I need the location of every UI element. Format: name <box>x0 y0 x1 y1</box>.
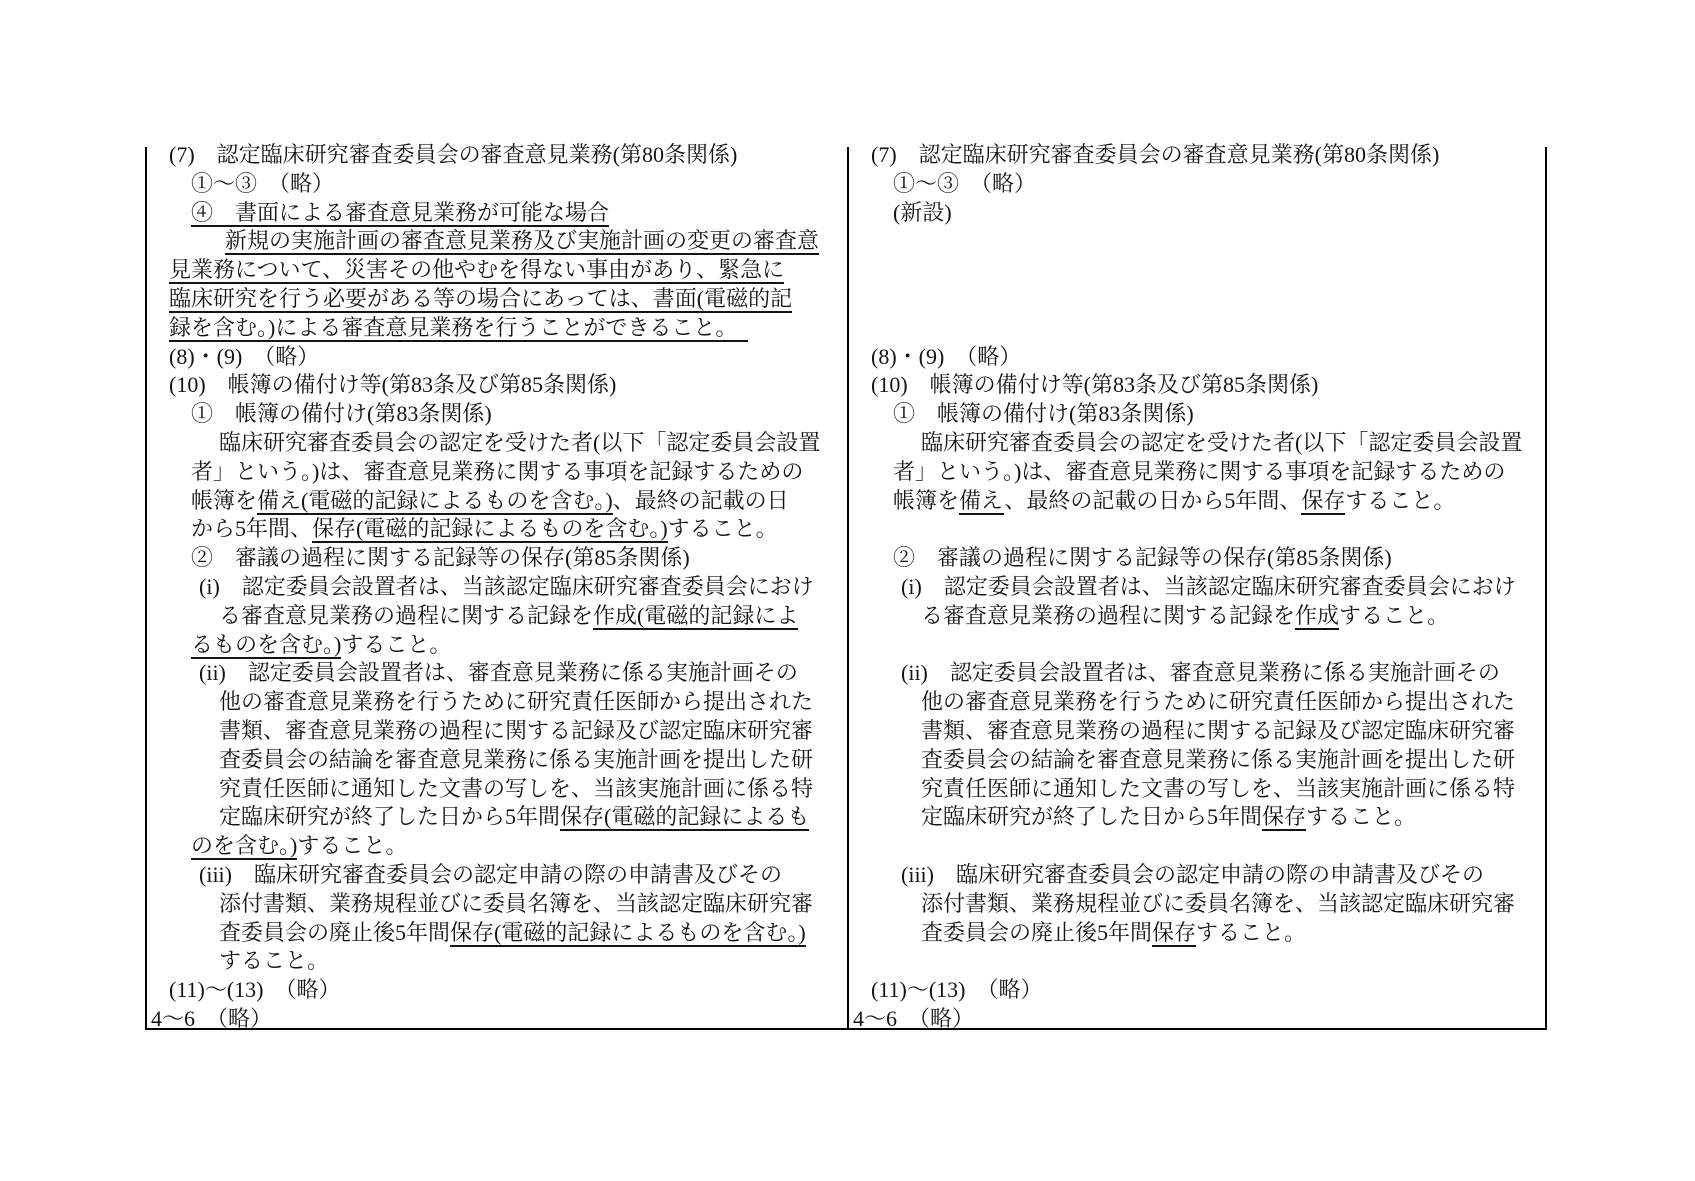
text-line <box>849 515 1545 544</box>
text-run: 査委員会の廃止後5年間 <box>921 920 1152 945</box>
text-run: 臨床研究審査委員会の認定を受けた者(以下「認定委員会設置 <box>219 430 820 455</box>
text-line: 書類、審査意見業務の過程に関する記録及び認定臨床研究審 <box>147 717 847 746</box>
text-line: 4～6 （略） <box>849 1005 1545 1034</box>
underlined-text: 保存 <box>1301 488 1345 515</box>
text-run: る審査意見業務の過程に関する記録を <box>921 603 1295 628</box>
text-run: 、最終の記載の日 <box>613 488 789 513</box>
text-line: ④ 書面による審査意見業務が可能な場合 <box>147 199 847 228</box>
text-run: ② 審議の過程に関する記録等の保存(第85条関係) <box>893 545 1392 570</box>
underlined-text: 作成(電磁的記録によ <box>593 603 798 630</box>
text-run: 4～6 （略） <box>151 1006 272 1031</box>
text-line <box>849 285 1545 314</box>
text-run: すること。 <box>1345 488 1455 513</box>
text-run: (8)・(9) （略） <box>871 344 1021 369</box>
text-run: (11)～(13) （略） <box>871 977 1043 1002</box>
underlined-text: 保存 <box>1152 920 1196 947</box>
text-line: る審査意見業務の過程に関する記録を作成すること。 <box>849 602 1545 631</box>
text-run: すること。 <box>1339 603 1449 628</box>
underlined-text: 保存(電磁的記録によるものを含む。) <box>450 920 806 947</box>
text-run: 者」という。)は、審査意見業務に関する事項を記録するための <box>893 459 1505 484</box>
text-line <box>849 947 1545 976</box>
text-line: (7) 認定臨床研究審査委員会の審査意見業務(第80条関係) <box>147 141 847 170</box>
text-line: 帳簿を備え(電磁的記録によるものを含む。)、最終の記載の日 <box>147 487 847 516</box>
text-line: ② 審議の過程に関する記録等の保存(第85条関係) <box>849 544 1545 573</box>
text-run: 査委員会の結論を審査意見業務に係る実施計画を提出した研 <box>219 747 813 772</box>
text-run: すること。 <box>297 833 407 858</box>
text-run: 、最終の記載の日から5年間、 <box>1004 488 1301 513</box>
text-line: るものを含む。)すること。 <box>147 631 847 660</box>
left-column-text: (7) 認定臨床研究審査委員会の審査意見業務(第80条関係)①～③ （略）④ 書… <box>147 141 847 1034</box>
text-line: 臨床研究審査委員会の認定を受けた者(以下「認定委員会設置 <box>849 429 1545 458</box>
text-line: 新規の実施計画の審査意見業務及び実施計画の変更の審査意 <box>147 227 847 256</box>
text-line <box>849 256 1545 285</box>
text-run: すること。 <box>219 948 329 973</box>
text-line: 定臨床研究が終了した日から5年間保存すること。 <box>849 803 1545 832</box>
underlined-text: ④ 書面による審査意見業務が可能な場合 <box>191 200 609 227</box>
text-run: すること。 <box>1306 804 1416 829</box>
text-run: 定臨床研究が終了した日から5年間 <box>219 804 560 829</box>
text-line: (8)・(9) （略） <box>147 343 847 372</box>
underlined-text: るものを含む。) <box>191 632 341 659</box>
text-run: (10) 帳簿の備付け等(第83条及び第85条関係) <box>169 372 616 397</box>
text-run: 究責任医師に通知した文書の写しを、当該実施計画に係る特 <box>219 776 813 801</box>
text-line: (新設) <box>849 199 1545 228</box>
text-line: (iii) 臨床研究審査委員会の認定申請の際の申請書及びその <box>849 861 1545 890</box>
text-line: 見業務について、災害その他やむを得ない事由があり、緊急に <box>147 256 847 285</box>
underlined-text: 新規の実施計画の審査意見業務及び実施計画の変更の審査意 <box>225 228 819 255</box>
text-line: (iii) 臨床研究審査委員会の認定申請の際の申請書及びその <box>147 861 847 890</box>
text-run: 書類、審査意見業務の過程に関する記録及び認定臨床研究審 <box>921 718 1515 743</box>
text-run: 他の審査意見業務を行うために研究責任医師から提出された <box>219 689 813 714</box>
text-line: から5年間、保存(電磁的記録によるものを含む。)すること。 <box>147 515 847 544</box>
text-run: 査委員会の廃止後5年間 <box>219 920 450 945</box>
text-run: 4～6 （略） <box>853 1006 974 1031</box>
text-run: すること。 <box>668 516 778 541</box>
text-line: 者」という。)は、審査意見業務に関する事項を記録するための <box>849 458 1545 487</box>
underlined-text: 備え <box>959 488 1004 515</box>
document-page: (7) 認定臨床研究審査委員会の審査意見業務(第80条関係)①～③ （略）④ 書… <box>0 0 1695 1181</box>
underlined-text: 保存(電磁的記録によるも <box>560 804 809 831</box>
text-line: (ii) 認定委員会設置者は、審査意見業務に係る実施計画その <box>147 659 847 688</box>
text-run: 臨床研究審査委員会の認定を受けた者(以下「認定委員会設置 <box>921 430 1522 455</box>
text-run: (i) 認定委員会設置者は、当該認定臨床研究審査委員会におけ <box>199 574 814 599</box>
text-run: 帳簿を <box>191 488 257 513</box>
text-line: (8)・(9) （略） <box>849 343 1545 372</box>
text-line: 録を含む。)による審査意見業務を行うことができること。 <box>147 314 847 343</box>
underlined-text: 録を含む。)による審査意見業務を行うことができること。 <box>169 315 748 342</box>
text-line: 査委員会の廃止後5年間保存すること。 <box>849 919 1545 948</box>
text-run: 添付書類、業務規程並びに委員名簿を、当該認定臨床研究審 <box>219 891 813 916</box>
text-line: 帳簿を備え、最終の記載の日から5年間、保存すること。 <box>849 487 1545 516</box>
text-line: 添付書類、業務規程並びに委員名簿を、当該認定臨床研究審 <box>849 890 1545 919</box>
underlined-text: 保存 <box>1262 804 1306 831</box>
text-line: ①～③ （略） <box>849 170 1545 199</box>
text-run: すること。 <box>341 632 451 657</box>
text-line: 添付書類、業務規程並びに委員名簿を、当該認定臨床研究審 <box>147 890 847 919</box>
text-run: (iii) 臨床研究審査委員会の認定申請の際の申請書及びその <box>901 862 1484 887</box>
text-line <box>849 631 1545 660</box>
text-run: (ii) 認定委員会設置者は、審査意見業務に係る実施計画その <box>199 660 798 685</box>
text-run: 究責任医師に通知した文書の写しを、当該実施計画に係る特 <box>921 776 1515 801</box>
text-run: る審査意見業務の過程に関する記録を <box>219 603 593 628</box>
text-run: 査委員会の結論を審査意見業務に係る実施計画を提出した研 <box>921 747 1515 772</box>
text-run: (iii) 臨床研究審査委員会の認定申請の際の申請書及びその <box>199 862 782 887</box>
text-line: 他の審査意見業務を行うために研究責任医師から提出された <box>147 688 847 717</box>
text-line: 査委員会の結論を審査意見業務に係る実施計画を提出した研 <box>849 746 1545 775</box>
text-line: (7) 認定臨床研究審査委員会の審査意見業務(第80条関係) <box>849 141 1545 170</box>
text-run: (ii) 認定委員会設置者は、審査意見業務に係る実施計画その <box>901 660 1500 685</box>
text-run: ① 帳簿の備付け(第83条関係) <box>191 401 492 426</box>
text-run: (11)～(13) （略） <box>169 977 341 1002</box>
text-run: (新設) <box>893 200 952 225</box>
text-run: ①～③ （略） <box>893 171 1036 196</box>
text-line: (11)～(13) （略） <box>147 976 847 1005</box>
text-run: 者」という。)は、審査意見業務に関する事項を記録するための <box>191 459 803 484</box>
text-line: ①～③ （略） <box>147 170 847 199</box>
text-run: から5年間、 <box>191 516 312 541</box>
text-line: ② 審議の過程に関する記録等の保存(第85条関係) <box>147 544 847 573</box>
text-line: 書類、審査意見業務の過程に関する記録及び認定臨床研究審 <box>849 717 1545 746</box>
text-line: 定臨床研究が終了した日から5年間保存(電磁的記録によるも <box>147 803 847 832</box>
text-run: (i) 認定委員会設置者は、当該認定臨床研究審査委員会におけ <box>901 574 1516 599</box>
underlined-text: 備え(電磁的記録によるものを含む。) <box>257 488 613 515</box>
text-line: 究責任医師に通知した文書の写しを、当該実施計画に係る特 <box>147 775 847 804</box>
text-line: ① 帳簿の備付け(第83条関係) <box>849 400 1545 429</box>
text-line: 臨床研究審査委員会の認定を受けた者(以下「認定委員会設置 <box>147 429 847 458</box>
text-line: のを含む。)すること。 <box>147 832 847 861</box>
text-line: 査委員会の廃止後5年間保存(電磁的記録によるものを含む。) <box>147 919 847 948</box>
text-run: 定臨床研究が終了した日から5年間 <box>921 804 1262 829</box>
underlined-text: 臨床研究を行う必要がある等の場合にあっては、書面(電磁的記 <box>169 286 792 313</box>
text-line: 他の審査意見業務を行うために研究責任医師から提出された <box>849 688 1545 717</box>
text-run: (8)・(9) （略） <box>169 344 319 369</box>
right-column-text: (7) 認定臨床研究審査委員会の審査意見業務(第80条関係)①～③ （略）(新設… <box>849 141 1545 1034</box>
text-line: (11)～(13) （略） <box>849 976 1545 1005</box>
text-line: る審査意見業務の過程に関する記録を作成(電磁的記録によ <box>147 602 847 631</box>
text-line: 者」という。)は、審査意見業務に関する事項を記録するための <box>147 458 847 487</box>
text-run: (7) 認定臨床研究審査委員会の審査意見業務(第80条関係) <box>871 142 1439 167</box>
comparison-column-right: (7) 認定臨床研究審査委員会の審査意見業務(第80条関係)①～③ （略）(新設… <box>847 147 1547 1028</box>
text-line: ① 帳簿の備付け(第83条関係) <box>147 400 847 429</box>
text-run: (7) 認定臨床研究審査委員会の審査意見業務(第80条関係) <box>169 142 737 167</box>
old-new-comparison-table: (7) 認定臨床研究審査委員会の審査意見業務(第80条関係)①～③ （略）④ 書… <box>145 147 1547 1030</box>
underlined-text: 保存(電磁的記録によるものを含む。) <box>312 516 668 543</box>
underlined-text: 見業務について、災害その他やむを得ない事由があり、緊急に <box>169 257 784 284</box>
text-line <box>849 227 1545 256</box>
text-line: (i) 認定委員会設置者は、当該認定臨床研究審査委員会におけ <box>849 573 1545 602</box>
text-line <box>849 832 1545 861</box>
text-line: すること。 <box>147 947 847 976</box>
underlined-text: 作成 <box>1295 603 1339 630</box>
text-run: すること。 <box>1196 920 1306 945</box>
text-run: ① 帳簿の備付け(第83条関係) <box>893 401 1194 426</box>
text-run: 添付書類、業務規程並びに委員名簿を、当該認定臨床研究審 <box>921 891 1515 916</box>
comparison-column-left: (7) 認定臨床研究審査委員会の審査意見業務(第80条関係)①～③ （略）④ 書… <box>145 147 847 1028</box>
text-line: (ii) 認定委員会設置者は、審査意見業務に係る実施計画その <box>849 659 1545 688</box>
text-line: (10) 帳簿の備付け等(第83条及び第85条関係) <box>849 371 1545 400</box>
underlined-text: のを含む。) <box>191 833 297 860</box>
text-line: 臨床研究を行う必要がある等の場合にあっては、書面(電磁的記 <box>147 285 847 314</box>
text-run: 帳簿を <box>893 488 959 513</box>
text-line: (10) 帳簿の備付け等(第83条及び第85条関係) <box>147 371 847 400</box>
text-line: 4～6 （略） <box>147 1005 847 1034</box>
text-line: (i) 認定委員会設置者は、当該認定臨床研究審査委員会におけ <box>147 573 847 602</box>
text-run: (10) 帳簿の備付け等(第83条及び第85条関係) <box>871 372 1318 397</box>
text-line <box>849 314 1545 343</box>
text-run: 他の審査意見業務を行うために研究責任医師から提出された <box>921 689 1515 714</box>
text-line: 査委員会の結論を審査意見業務に係る実施計画を提出した研 <box>147 746 847 775</box>
text-run: ①～③ （略） <box>191 171 334 196</box>
text-run: ② 審議の過程に関する記録等の保存(第85条関係) <box>191 545 690 570</box>
text-line: 究責任医師に通知した文書の写しを、当該実施計画に係る特 <box>849 775 1545 804</box>
text-run: 書類、審査意見業務の過程に関する記録及び認定臨床研究審 <box>219 718 813 743</box>
